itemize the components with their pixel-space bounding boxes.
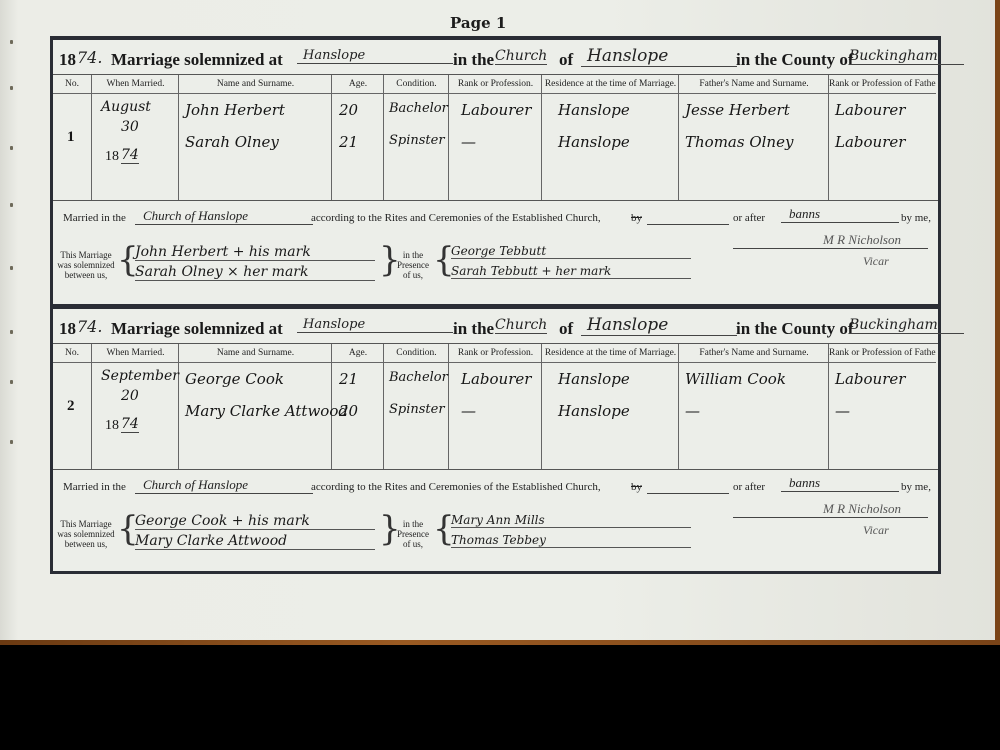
person-condition: Spinster [389,133,445,148]
place-field: Hanslope [297,48,453,64]
person-condition: Bachelor [389,370,448,385]
by-struck-label: by [631,481,642,493]
column-header: Rank or Profession of Father. [829,75,936,94]
label-line: Presence [393,260,433,270]
label-line: was solemnized [55,260,117,270]
person-name: Sarah Olney [185,133,279,151]
person-rank: Labourer [461,101,531,119]
date-year-prefix: 18 [105,418,119,434]
label-line: of us, [393,539,433,549]
officiant-signature: M R Nicholson [733,232,928,249]
person-age: 21 [339,133,358,151]
church-word: Church [495,48,547,65]
label-line: in the [393,519,433,529]
witness-signature: Thomas Tebbey [451,533,691,548]
witness-signature: Sarah Tebbutt + her mark [451,264,691,279]
label-line: This Marriage [55,250,117,260]
entry-number: 1 [67,129,75,146]
person-age: 21 [339,370,358,388]
father-rank: Labourer [835,370,905,388]
person-age: 20 [339,101,358,119]
person-residence: Hanslope [558,133,630,151]
rites-label: according to the Rites and Ceremonies of… [311,212,601,224]
officiant-signature: M R Nicholson [733,501,928,518]
county-field: Buckingham [849,317,964,334]
officiant-title: Vicar [863,254,889,269]
column-header: Name and Surname. [179,344,332,363]
marriage-entry: 18 74. Marriage solemnized at Hanslope i… [50,36,941,307]
father-rank: Labourer [835,133,905,151]
label-line: was solemnized [55,529,117,539]
column-header: Residence at the time of Marriage. [542,75,679,94]
person-name: George Cook [185,370,284,388]
year-prefix: 18 [59,50,76,70]
date-year-suffix: 74 [121,416,139,433]
by-me-label: by me, [901,212,931,224]
party-signature: Sarah Olney × her mark [135,264,375,281]
in-the-label: in the [453,319,494,339]
column-header: When Married. [92,344,179,363]
place-field: Hanslope [297,317,453,333]
person-residence: Hanslope [558,101,630,119]
solemnized-label: Marriage solemnized at [111,319,283,339]
page-number: Page 1 [450,14,506,32]
label-line: in the [393,250,433,260]
column-header: Condition. [384,344,449,363]
rites-label: according to the Rites and Ceremonies of… [311,481,601,493]
officiant-title: Vicar [863,523,889,538]
binding-stitch [10,86,13,90]
label-line: Presence [393,529,433,539]
date-month: August [101,99,151,115]
between-us-label: This Marriage was solemnized between us, [55,250,117,280]
person-residence: Hanslope [558,370,630,388]
party-signature: John Herbert + his mark [135,244,375,261]
column-header: Age. [332,344,384,363]
column-header: Name and Surname. [179,75,332,94]
column-header: Rank or Profession. [449,75,542,94]
binding-stitch [10,380,13,384]
binding-stitch [10,266,13,270]
binding-stitch [10,330,13,334]
column-header: Rank or Profession of Father. [829,344,936,363]
entry-table: No. When Married. Name and Surname. Age.… [53,74,938,201]
father-rank: — [835,402,850,420]
father-name: William Cook [685,370,786,388]
year-suffix: 74. [77,317,102,336]
banns-field: banns [781,206,899,223]
label-line: of us, [393,270,433,280]
person-rank: — [461,133,476,151]
column-header: No. [53,344,91,363]
presence-label: in the Presence of us, [393,519,433,549]
entry-headline: 18 74. Marriage solemnized at Hanslope i… [59,46,938,72]
person-condition: Bachelor [389,101,448,116]
party-signature: Mary Clarke Attwood [135,533,375,550]
year-prefix: 18 [59,319,76,339]
label-line: between us, [55,270,117,280]
binding-stitch [10,40,13,44]
married-in-field: Church of Hanslope [135,477,313,494]
entry-number: 2 [67,398,75,415]
column-header: When Married. [92,75,179,94]
binding-stitch [10,440,13,444]
date-year-suffix: 74 [121,147,139,164]
parish-field: Hanslope [581,315,737,336]
person-rank: — [461,402,476,420]
date-year-prefix: 18 [105,149,119,165]
column-header: Father's Name and Surname. [679,75,829,94]
father-rank: Labourer [835,101,905,119]
between-us-label: This Marriage was solemnized between us, [55,519,117,549]
person-age: 20 [339,402,358,420]
person-name: John Herbert [185,101,285,119]
married-in-label: Married in the [63,481,126,493]
banns-field: banns [781,475,899,492]
licence-blank [647,481,729,494]
column-header: Residence at the time of Marriage. [542,344,679,363]
column-header: Rank or Profession. [449,344,542,363]
witness-signature: Mary Ann Mills [451,513,691,528]
label-line: This Marriage [55,519,117,529]
year-suffix: 74. [77,48,102,67]
column-header: Age. [332,75,384,94]
col-when: When Married. [91,344,179,469]
married-in-label: Married in the [63,212,126,224]
binding-stitch [10,203,13,207]
of-label: of [559,319,573,339]
person-condition: Spinster [389,402,445,417]
column-header: No. [53,75,91,94]
father-name: — [685,402,700,420]
presence-label: in the Presence of us, [393,250,433,280]
parish-field: Hanslope [581,46,737,67]
solemnized-label: Marriage solemnized at [111,50,283,70]
by-me-label: by me, [901,481,931,493]
church-word: Church [495,317,547,334]
binding-stitch [10,146,13,150]
date-day: 30 [121,119,139,135]
of-label: of [559,50,573,70]
entry-headline: 18 74. Marriage solemnized at Hanslope i… [59,315,938,341]
date-month: September [101,368,179,384]
witness-signature: George Tebbutt [451,244,691,259]
or-after-label: or after [733,481,765,493]
col-father: Father's Name and Surname. [678,344,829,469]
marriage-entry: 18 74. Marriage solemnized at Hanslope i… [50,305,941,574]
father-name: Thomas Olney [685,133,793,151]
or-after-label: or after [733,212,765,224]
by-struck-label: by [631,212,642,224]
person-rank: Labourer [461,370,531,388]
entry-table: No. When Married. Name and Surname. Age.… [53,343,938,470]
in-the-label: in the [453,50,494,70]
county-label: in the County of [736,319,854,339]
label-line: between us, [55,539,117,549]
date-day: 20 [121,388,139,404]
column-header: Father's Name and Surname. [679,344,829,363]
father-name: Jesse Herbert [685,101,790,119]
person-residence: Hanslope [558,402,630,420]
county-label: in the County of [736,50,854,70]
party-signature: George Cook + his mark [135,513,375,530]
married-in-field: Church of Hanslope [135,208,313,225]
column-header: Condition. [384,75,449,94]
col-when: When Married. [91,75,179,200]
person-name: Mary Clarke Attwood [185,402,348,420]
county-field: Buckingham [849,48,964,65]
licence-blank [647,212,729,225]
